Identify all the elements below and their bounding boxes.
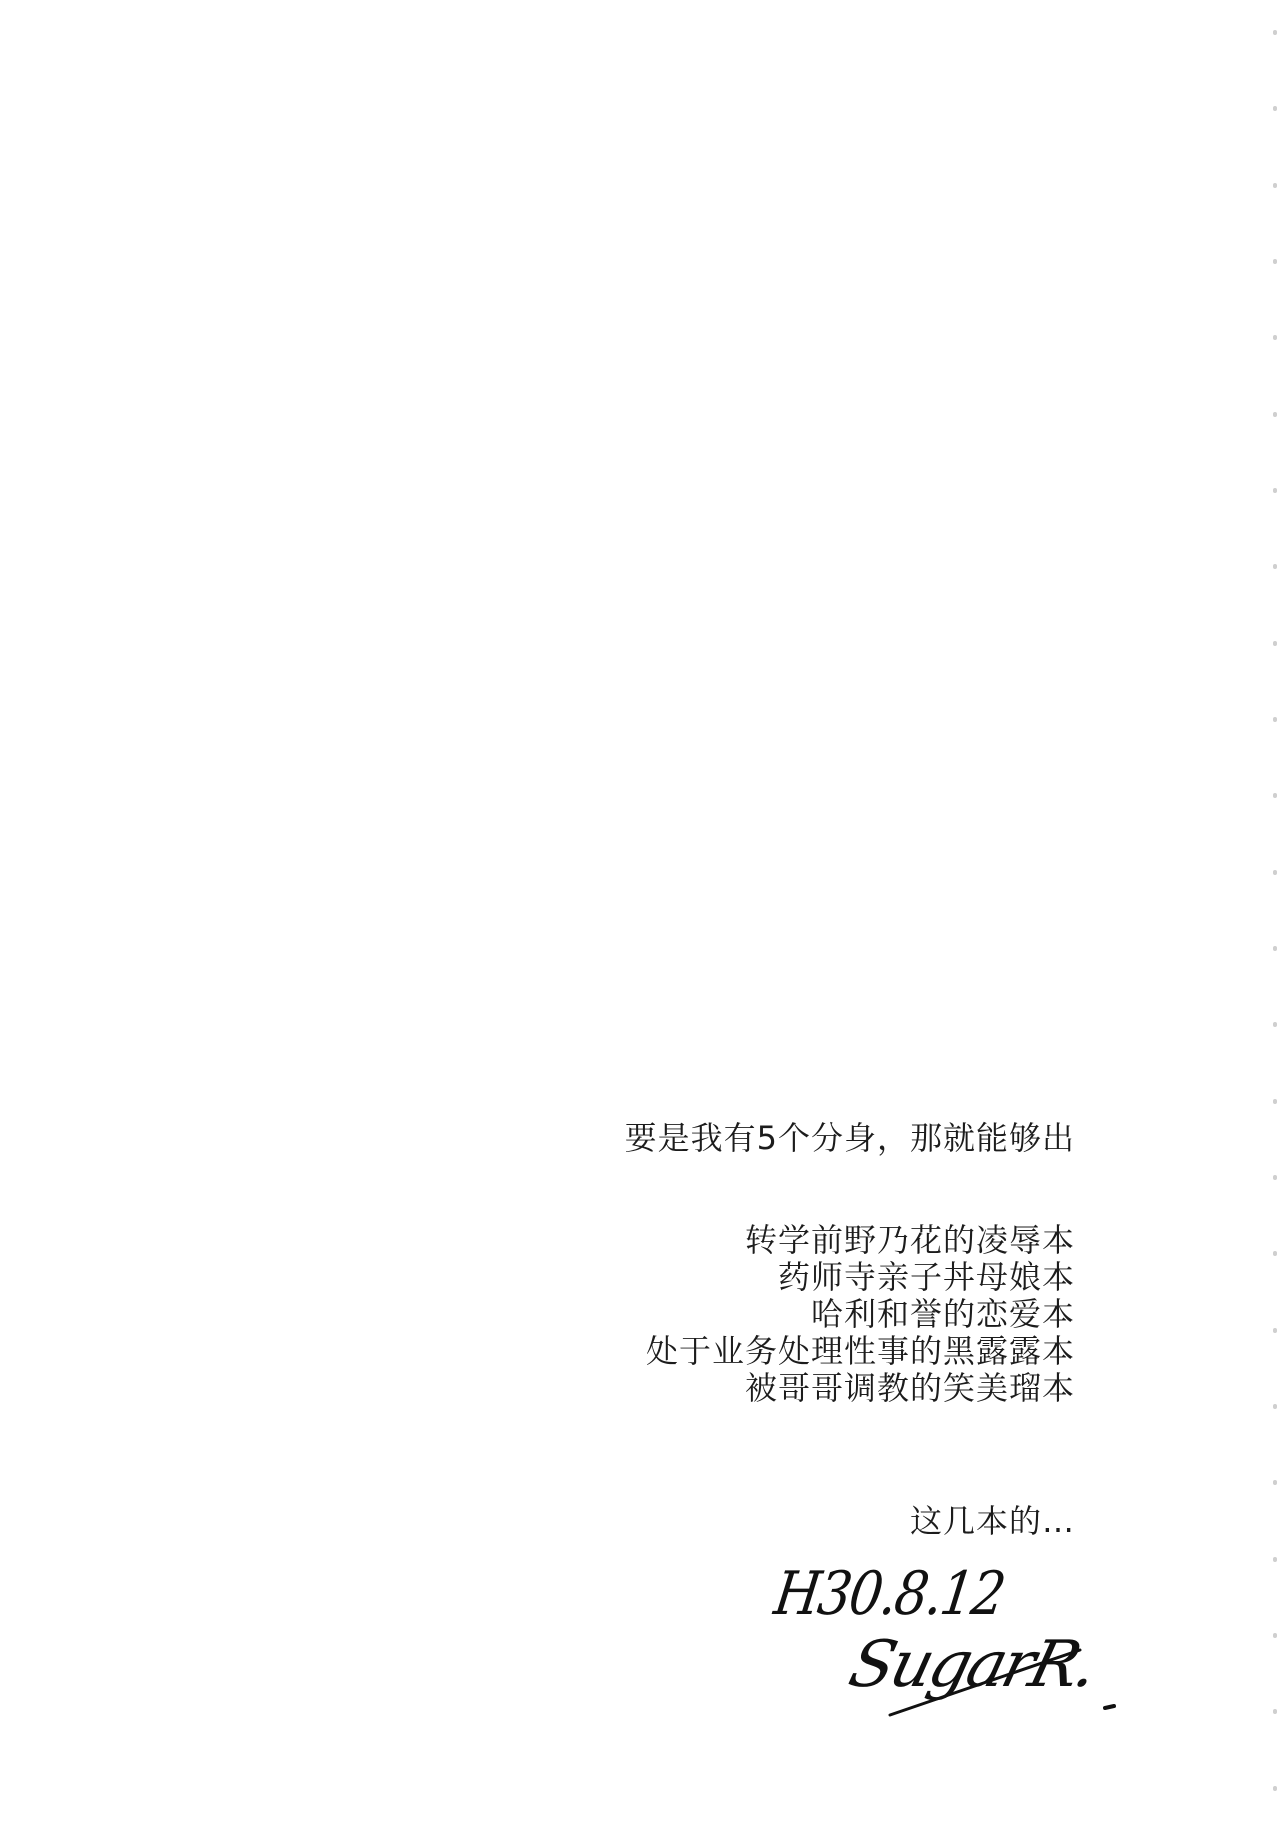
edge-mark [1273,30,1277,35]
edge-mark [1273,1099,1277,1104]
afterword-outro: 这几本的… [910,1503,1075,1540]
afterword-intro: 要是我有5个分身，那就能够出 [625,1120,1075,1157]
book-item: 处于业务处理性事的黑露露本 [646,1333,1075,1370]
signature-underline-stroke [880,1620,1120,1720]
book-item: 转学前野乃花的凌辱本 [646,1222,1075,1259]
intro-line: 要是我有5个分身，那就能够出 [625,1120,1075,1157]
edge-mark [1273,870,1277,875]
edge-mark [1273,1633,1277,1638]
edge-mark [1273,412,1277,417]
edge-mark [1273,1251,1277,1256]
edge-mark [1273,946,1277,951]
edge-mark [1273,183,1277,188]
edge-mark [1273,1022,1277,1027]
edge-mark [1273,1480,1277,1485]
edge-mark [1273,335,1277,340]
book-item: 被哥哥调教的笑美瑠本 [646,1370,1075,1407]
edge-mark [1273,641,1277,646]
edge-mark [1273,717,1277,722]
scanned-page: 要是我有5个分身，那就能够出 转学前野乃花的凌辱本 药师寺亲子丼母娘本 哈利和誉… [0,0,1280,1832]
edge-mark [1273,1709,1277,1714]
edge-mark [1273,564,1277,569]
edge-mark [1273,488,1277,493]
edge-mark [1273,1404,1277,1409]
book-item: 哈利和誉的恋爱本 [646,1296,1075,1333]
edge-mark [1273,1557,1277,1562]
handwritten-signature: H30.8.12 SugarR. [780,1560,1120,1720]
edge-mark [1273,1786,1277,1791]
book-list: 转学前野乃花的凌辱本 药师寺亲子丼母娘本 哈利和誉的恋爱本 处于业务处理性事的黑… [646,1222,1075,1407]
edge-mark [1273,106,1277,111]
edge-mark [1273,793,1277,798]
edge-mark [1273,1175,1277,1180]
book-item: 药师寺亲子丼母娘本 [646,1259,1075,1296]
scan-edge-marks [1266,0,1280,1832]
outro-line: 这几本的… [910,1503,1075,1540]
edge-mark [1273,259,1277,264]
signature-date: H30.8.12 [770,1560,1008,1629]
edge-mark [1273,1328,1277,1333]
